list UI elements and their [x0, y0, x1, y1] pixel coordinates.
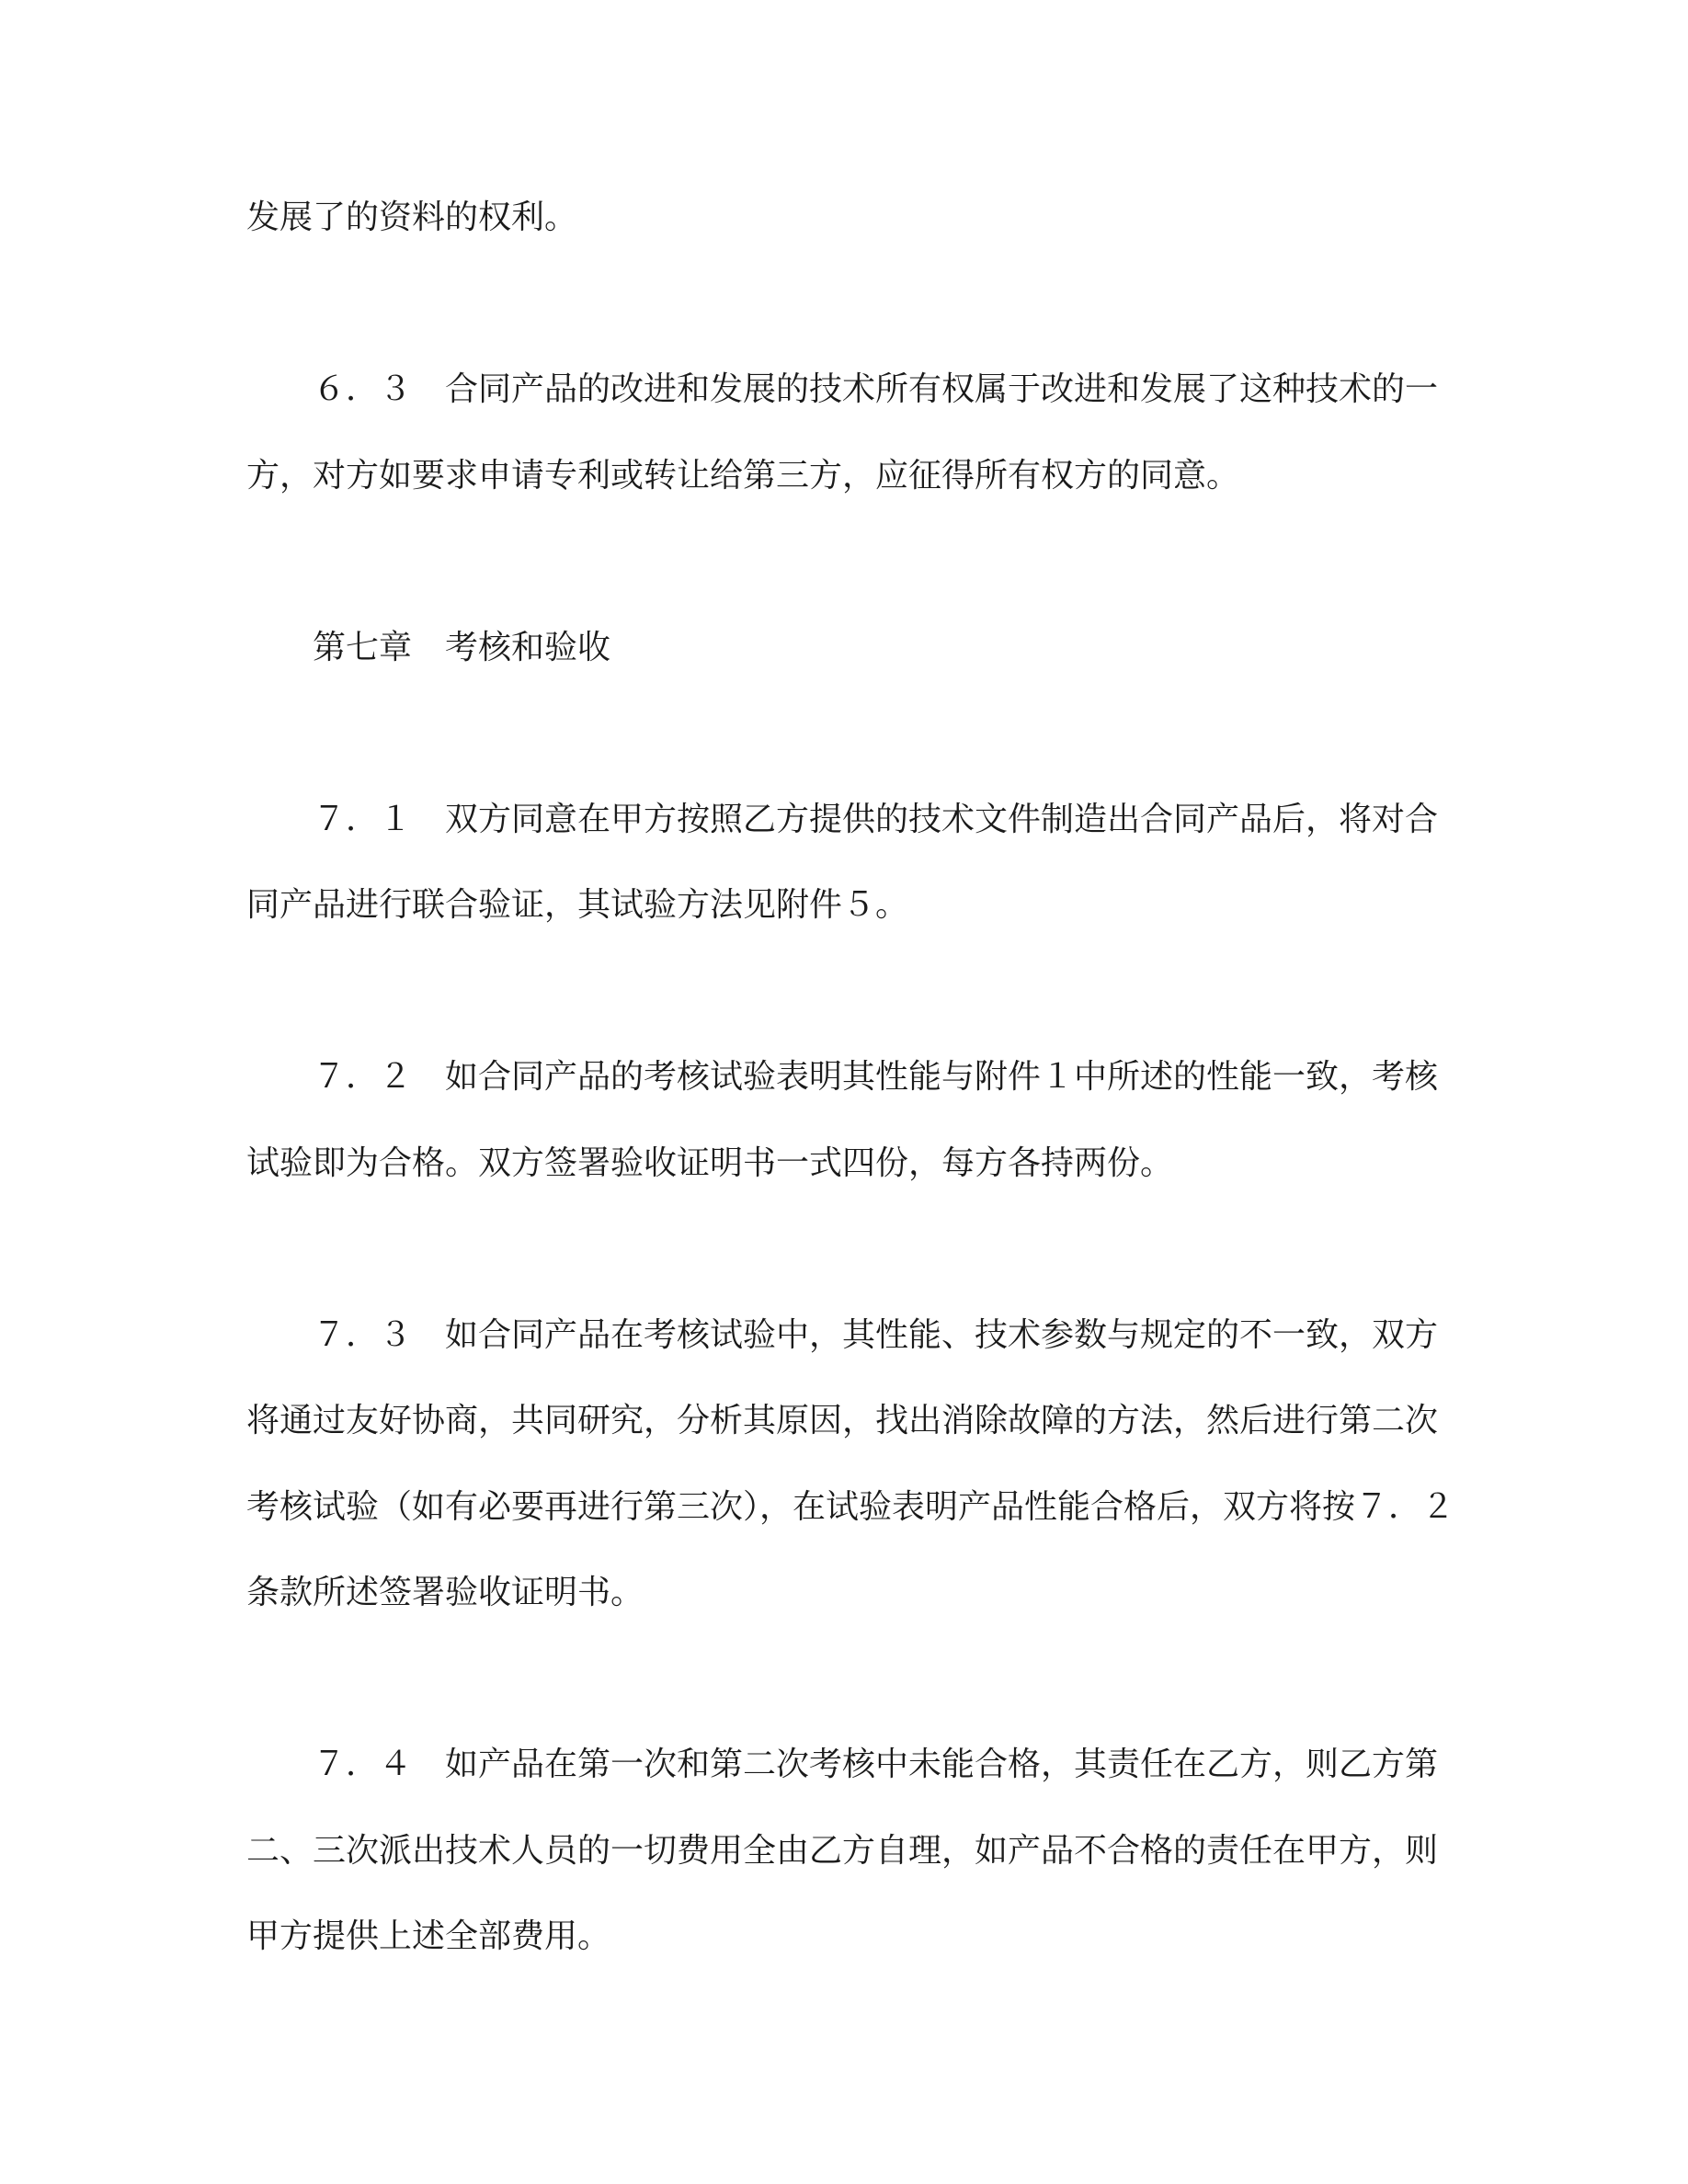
paragraph-line: ６．３ 合同产品的改进和发展的技术所有权属于改进和发展了这种技术的一: [246, 347, 1460, 433]
paragraph-line: ７．１ 双方同意在甲方按照乙方提供的技术文件制造出合同产品后，将对合: [246, 777, 1460, 863]
paragraph-line: ７．３ 如合同产品在考核试验中，其性能、技术参数与规定的不一致，双方: [246, 1292, 1460, 1379]
document-body: 发展了的资料的权利。 ６．３ 合同产品的改进和发展的技术所有权属于改进和发展了这…: [246, 175, 1460, 1980]
paragraph-line: ７．４ 如产品在第一次和第二次考核中未能合格，其责任在乙方，则乙方第: [246, 1722, 1460, 1808]
paragraph-line: 试验即为合格。双方签署验收证明书一式四份，每方各持两份。: [246, 1120, 1460, 1207]
paragraph-line: 方，对方如要求申请专利或转让给第三方，应征得所有权方的同意。: [246, 433, 1460, 519]
paragraph-line: 甲方提供上述全部费用。: [246, 1894, 1460, 1980]
paragraph-line: 同产品进行联合验证，其试验方法见附件５。: [246, 862, 1460, 949]
chapter-heading-line: 第七章 考核和验收: [246, 605, 1460, 691]
paragraph-line: 考核试验（如有必要再进行第三次），在试验表明产品性能合格后，双方将按７．２: [246, 1464, 1460, 1551]
paragraph-line: 二、三次派出技术人员的一切费用全由乙方自理，如产品不合格的责任在甲方，则: [246, 1808, 1460, 1894]
paragraph-line: ７．２ 如合同产品的考核试验表明其性能与附件１中所述的性能一致，考核: [246, 1034, 1460, 1120]
paragraph-line: 条款所述签署验收证明书。: [246, 1550, 1460, 1636]
paragraph-line: 发展了的资料的权利。: [246, 175, 1460, 261]
document-page: 发展了的资料的权利。 ６．３ 合同产品的改进和发展的技术所有权属于改进和发展了这…: [0, 0, 1688, 2184]
paragraph-line: 将通过友好协商，共同研究，分析其原因，找出消除故障的方法，然后进行第二次: [246, 1378, 1460, 1464]
